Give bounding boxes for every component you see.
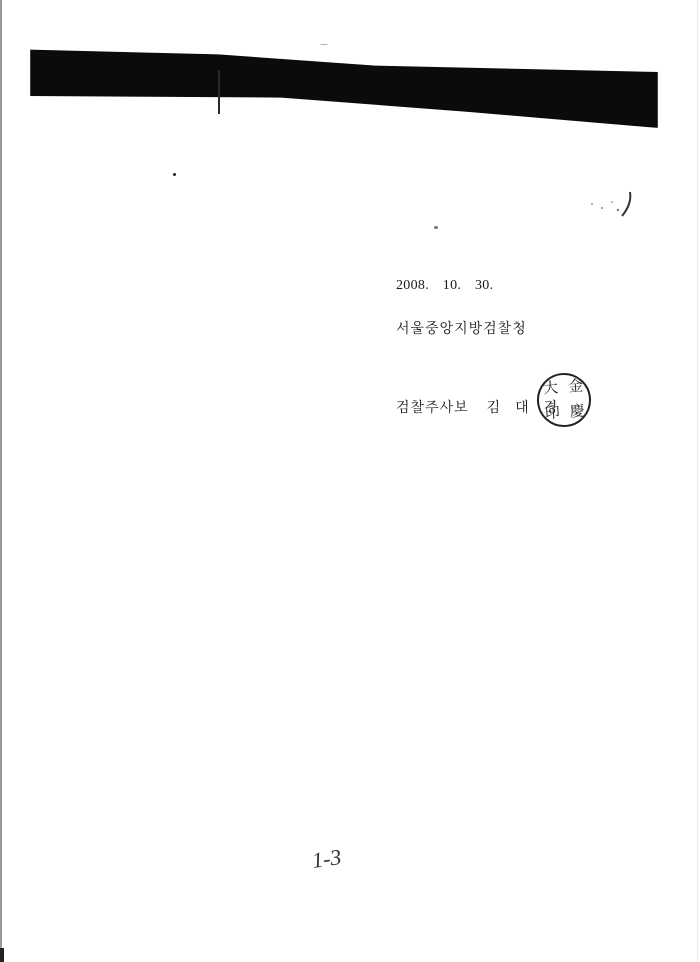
signer-name-char: 대 — [515, 400, 530, 416]
stamp-fragment — [572, 190, 636, 220]
seal-char: 金 — [563, 378, 589, 395]
seal-char: 慶 — [564, 403, 590, 420]
signer-title: 검찰주사보 — [396, 397, 469, 417]
scan-edge-mark — [0, 948, 4, 962]
scan-speck — [320, 44, 328, 45]
official-seal-stamp: 金 大 印 慶 — [535, 371, 593, 429]
seal-char: 印 — [539, 405, 565, 422]
signer-name-char: 김 — [487, 400, 502, 416]
redaction-bar — [30, 48, 658, 128]
handwritten-page-number: 1-3 — [310, 844, 343, 874]
redaction-crease — [218, 70, 220, 114]
scan-right-edge — [697, 0, 698, 962]
document-date: 2008. 10. 30. — [396, 278, 493, 294]
issuing-office: 서울중앙지방검찰청 — [396, 318, 527, 338]
scan-left-edge — [0, 0, 2, 962]
scan-speck — [434, 226, 438, 229]
seal-char: 大 — [538, 380, 564, 397]
scan-speck — [173, 173, 176, 176]
